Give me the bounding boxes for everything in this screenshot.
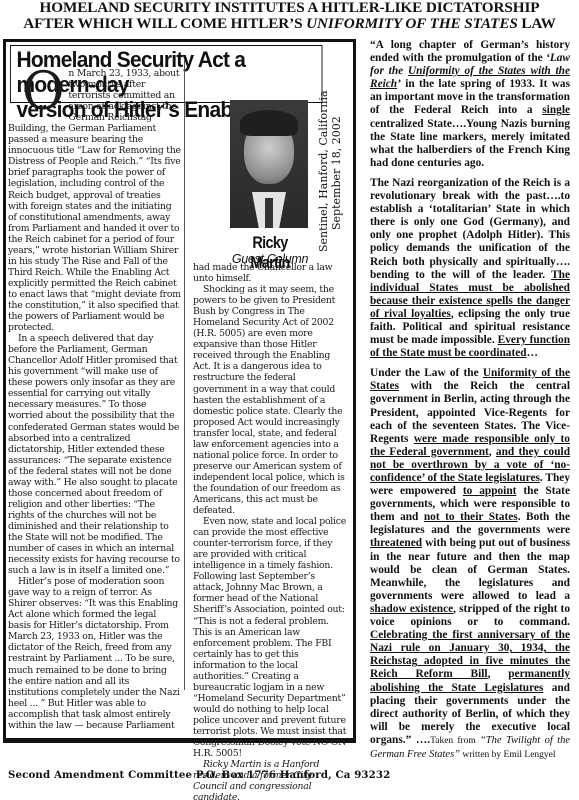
drop-cap: O [22,70,64,114]
text-run: centralized State….Young Nazis burning t… [370,118,570,169]
text-run: … [527,347,538,359]
author-photo [230,100,308,228]
quote-column: “A long chapter of German’s history ende… [370,39,570,769]
text-run: , [489,446,496,458]
text-run: in the late spring of 1933. It was an im… [370,78,570,116]
quote-paragraph: Under the Law of the Uniformity of the S… [370,367,570,762]
quote-paragraph: The Nazi reorganization of the Reich is … [370,177,570,360]
author-hair [240,110,298,136]
text-run: Under the Law of the [370,367,483,379]
banner-headline: HOMELAND SECURITY INSTITUTES A HITLER-LI… [0,0,579,32]
article-paragraph: On March 23, 1933, about two months afte… [8,68,181,333]
footer-address: Second Amendment Committee P.O. Box 1776… [8,769,390,781]
text-run: single [542,104,570,116]
author-tie [265,198,273,228]
article-paragraph: Even now, state and local police can pro… [193,516,348,759]
article-paragraph: In a speech delivered that day before th… [8,333,181,576]
source-dateline: Sentinel, Hanford, California September … [318,82,343,252]
text-run: “A long chapter of German’s history ende… [370,39,570,64]
text-run: , [488,668,509,680]
article-column-2: had made the Chancellor a law unto himse… [193,262,348,800]
column-divider [184,60,185,690]
text-run: not to their States [424,511,518,523]
article-paragraph: Shocking as it may seem, the powers to b… [193,284,348,516]
quote-paragraph: “A long chapter of German’s history ende… [370,39,570,170]
text-run: The Nazi reorganization of the Reich is … [370,177,570,281]
article-paragraph: had made the Chancellor a law unto himse… [193,262,348,284]
article-column-1: On March 23, 1933, about two months afte… [8,68,181,731]
text-run: shadow existence [370,603,453,615]
article-paragraph: Hitler’s pose of moderation soon gave wa… [8,576,181,731]
text-run: threatened [370,537,422,549]
banner-line-1: HOMELAND SECURITY INSTITUTES A HITLER-LI… [0,0,579,16]
banner-line-2: AFTER WHICH WILL COME HITLER’S UNIFORMIT… [0,16,579,32]
text-run: to appoint [463,485,517,497]
